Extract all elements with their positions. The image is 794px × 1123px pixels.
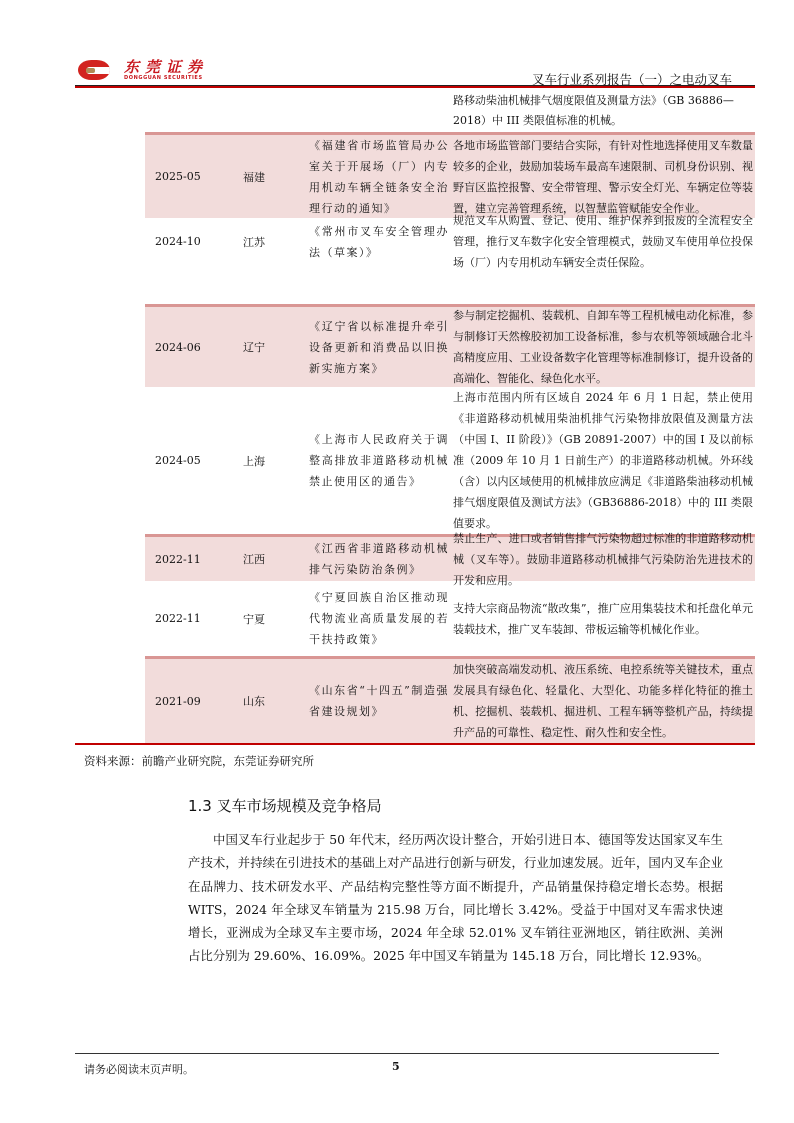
carryover-line-1: 路移动柴油机械排气烟度限值及测量方法》（GB 36886— — [453, 91, 753, 111]
description-cell: 参与制定挖掘机、装载机、自卸车等工程机械电动化标准，参与制修订天然橡胶初加工设备… — [453, 307, 753, 387]
document-cell: 《宁夏回族自治区推动现代物流业高质量发展的若干扶持政策》 — [309, 581, 449, 656]
date-cell: 2021-09 — [155, 659, 225, 743]
logo-chinese-name: 东莞证券 — [124, 56, 208, 77]
header-divider-red — [75, 86, 755, 88]
province-cell: 宁夏 — [243, 581, 293, 656]
table-row: 2024-05 上海 《上海市人民政府关于调整高排放非道路移动机械禁止使用区的通… — [145, 387, 755, 534]
date-cell: 2024-05 — [155, 387, 225, 534]
footer-divider — [75, 1053, 719, 1054]
disclaimer-note: 请务必阅读末页声明。 — [84, 1061, 194, 1077]
logo-english-name: DONGGUAN SECURITIES — [124, 75, 203, 81]
description-cell: 支持大宗商品物流“散改集”，推广应用集装技术和托盘化单元装载技术，推广叉车装卸、… — [453, 581, 753, 656]
document-cell: 《山东省“十四五”制造强省建设规划》 — [309, 659, 449, 743]
table-row: 2022-11 江西 《江西省非道路移动机械排气污染防治条例》 禁止生产、进口或… — [145, 534, 755, 581]
table-row: 2025-05 福建 《福建省市场监管局办公室关于开展场（厂）内专用机动车辆全链… — [145, 132, 755, 218]
date-cell: 2024-10 — [155, 218, 225, 265]
date-cell: 2022-11 — [155, 581, 225, 656]
section-heading: 1.3 叉车市场规模及竞争格局 — [188, 795, 382, 816]
province-cell: 江西 — [243, 537, 293, 581]
table-row: 2024-10 江苏 《常州市叉车安全管理办法（草案）》 规范叉车从购置、登记、… — [145, 218, 755, 265]
date-cell: 2024-06 — [155, 307, 225, 387]
carryover-line-2: 2018）中 III 类限值标准的机械。 — [453, 111, 753, 131]
description-cell: 加快突破高端发动机、液压系统、电控系统等关键技术，重点发展具有绿色化、轻量化、大… — [453, 659, 753, 743]
date-cell: 2022-11 — [155, 537, 225, 581]
province-cell: 上海 — [243, 387, 293, 534]
province-cell: 辽宁 — [243, 307, 293, 387]
description-cell: 规范叉车从购置、登记、使用、维护保养到报废的全流程安全管理，推行叉车数字化安全管… — [453, 218, 753, 265]
description-cell: 上海市范围内所有区域自 2024 年 6 月 1 日起，禁止使用《非道路移动机械… — [453, 387, 753, 534]
date-cell: 2025-05 — [155, 135, 225, 218]
document-cell: 《常州市叉车安全管理办法（草案）》 — [309, 218, 449, 265]
table-row: 2022-11 宁夏 《宁夏回族自治区推动现代物流业高质量发展的若干扶持政策》 … — [145, 581, 755, 656]
table-bottom-rule — [75, 743, 755, 745]
document-cell: 《福建省市场监管局办公室关于开展场（厂）内专用机动车辆全链条安全治理行动的通知》 — [309, 135, 449, 218]
logo-mark-icon — [78, 60, 110, 80]
description-cell: 各地市场监管部门要结合实际，有针对性地选择使用叉车数量较多的企业，鼓励加装场车最… — [453, 135, 753, 218]
document-cell: 《江西省非道路移动机械排气污染防治条例》 — [309, 537, 449, 581]
document-cell: 《辽宁省以标准提升牵引设备更新和消费品以旧换新实施方案》 — [309, 307, 449, 387]
document-cell: 《上海市人民政府关于调整高排放非道路移动机械禁止使用区的通告》 — [309, 387, 449, 534]
table-row: 2021-09 山东 《山东省“十四五”制造强省建设规划》 加快突破高端发动机、… — [145, 656, 755, 743]
province-cell: 福建 — [243, 135, 293, 218]
province-cell: 山东 — [243, 659, 293, 743]
description-cell: 禁止生产、进口或者销售排气污染物超过标准的非道路移动机械（叉车等）。鼓励非道路移… — [453, 537, 753, 581]
table-row: 2024-06 辽宁 《辽宁省以标准提升牵引设备更新和消费品以旧换新实施方案》 … — [145, 304, 755, 387]
company-logo: 东莞证券 DONGGUAN SECURITIES — [78, 56, 238, 86]
source-note: 资料来源：前瞻产业研究院，东莞证券研究所 — [84, 753, 314, 769]
page-number: 5 — [392, 1060, 400, 1073]
body-paragraph: 中国叉车行业起步于 50 年代末，经历两次设计整合，开始引进日本、德国等发达国家… — [188, 828, 723, 968]
province-cell: 江苏 — [243, 218, 293, 265]
